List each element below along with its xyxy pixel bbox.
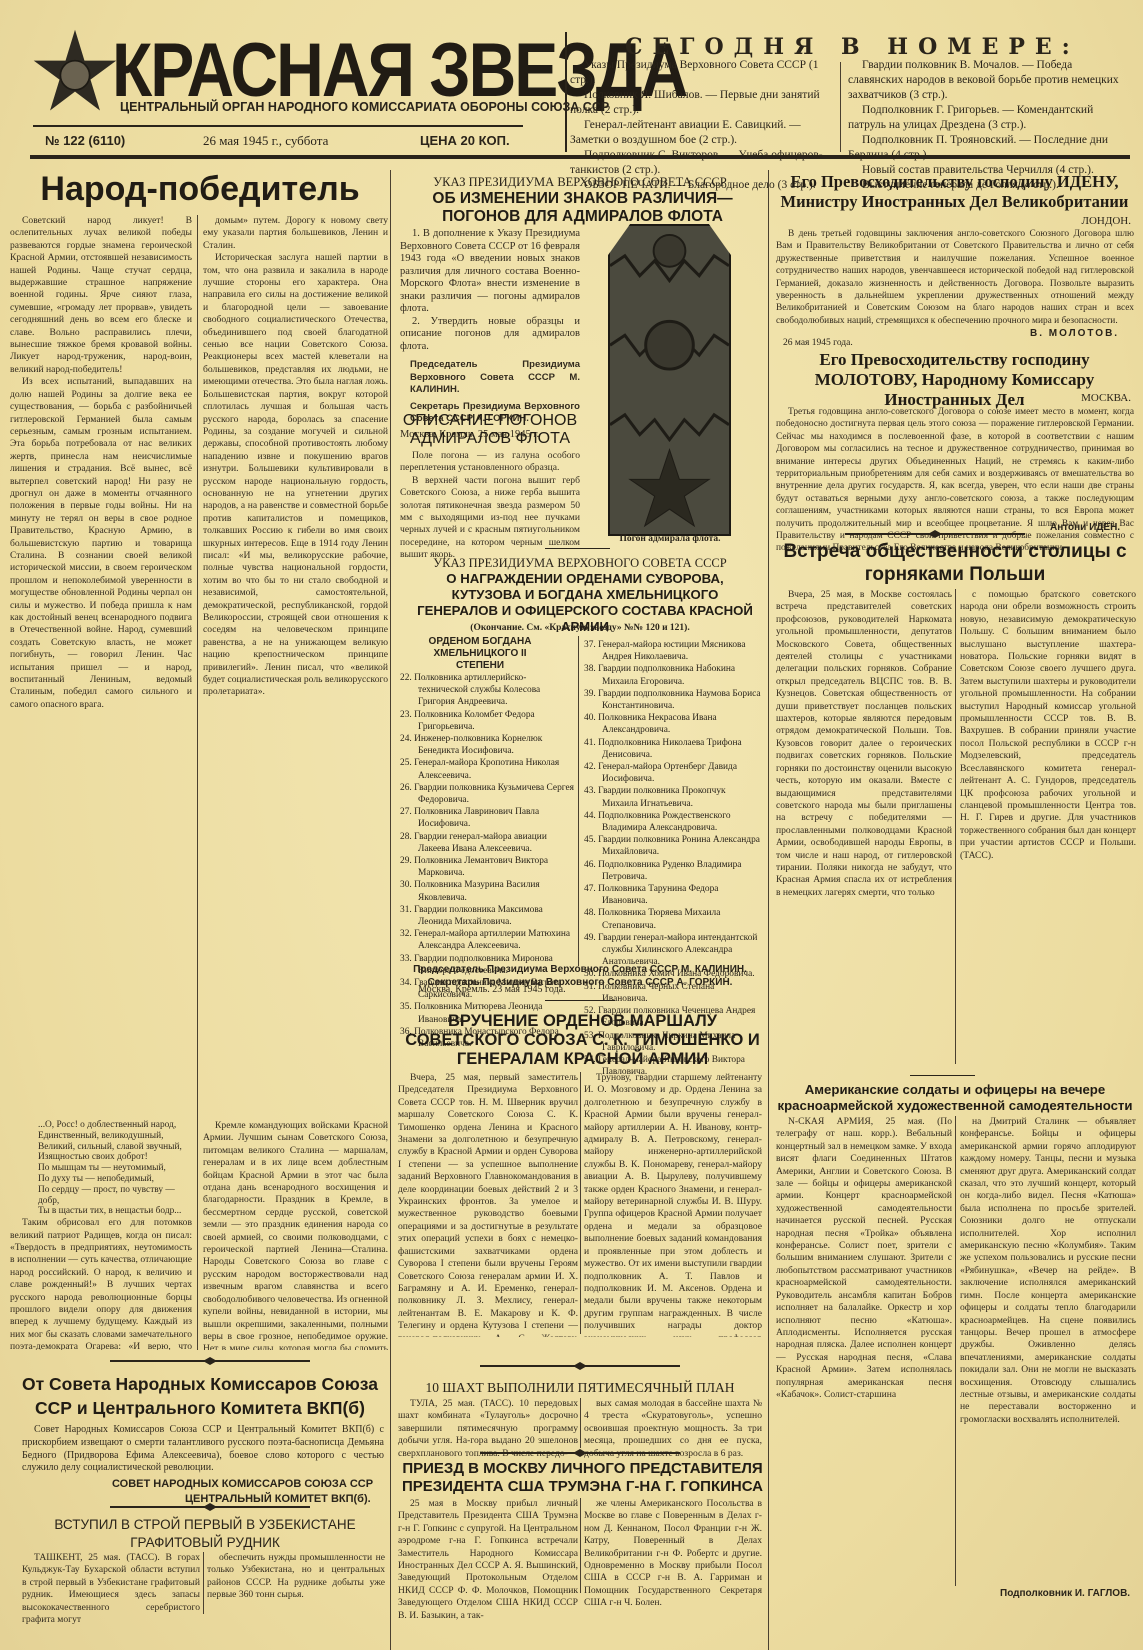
ukaz-pogony-kicker: УКАЗ ПРЕЗИДИУМА ВЕРХОВНОГО СОВЕТА СССР [395, 175, 765, 190]
masthead-subtitle: ЦЕНТРАЛЬНЫЙ ОРГАН НАРОДНОГО КОМИССАРИАТА… [120, 100, 609, 114]
red-star-emblem-icon [32, 28, 118, 114]
graphite-col-2: обеспечить нужды промышленности не тольк… [207, 1552, 385, 1602]
list-item: 29. Полковника Лемантович Виктора Марков… [398, 855, 574, 879]
editorial-title: Народ-победитель [10, 170, 390, 209]
molotov-signature: В. МОЛОТОВ. [1030, 328, 1119, 339]
toc-item[interactable]: Генерал-лейтенант авиации Е. Савицкий. —… [570, 118, 835, 148]
eden-telegram-date: 26 мая 1945 года. [783, 338, 853, 348]
toc-item[interactable]: Подполковник Г. Григорьев. — Комендантск… [848, 103, 1128, 133]
list-item: 41. Подполковника Николаева Трифона Дени… [582, 737, 762, 761]
editorial-col-2: домым» путем. Дорогу к новому свету ему … [203, 215, 388, 1120]
list-item: 44. Подполковника Рождественского Владим… [582, 810, 762, 834]
poland-title: Встреча общественности столицы с горняка… [780, 540, 1130, 586]
image-caption: Погон адмирала флота. [600, 534, 740, 544]
molotov-place: МОСКВА. [1081, 392, 1131, 404]
list-item: 28. Гвардии генерал-майора авиации Лакее… [398, 831, 574, 855]
timoshenko-col-2: Трунову, гвардии старшему лейтенанту И. … [584, 1072, 762, 1337]
section-divider [480, 1365, 680, 1367]
list-item: 22. Полковника артиллерийско-технической… [398, 672, 574, 709]
today-heading: СЕГОДНЯ В НОМЕРЕ: [625, 34, 1080, 60]
section-divider [845, 533, 1025, 535]
toc-item[interactable]: Гвардии полковник В. Мочалов. — Победа с… [848, 58, 1128, 103]
poland-col-2: с помощью братского советского народа он… [960, 589, 1136, 1047]
eden-telegram-body: В день третьей годовщины заключения англ… [776, 228, 1134, 327]
eden-signature: Антони ИДЕН. [1050, 522, 1120, 533]
ukaz-pogony-body: 1. В дополнение к Указу Президиума Верхо… [400, 228, 580, 441]
list-item: 42. Генерал-майора Ортенберг Давида Иоси… [582, 761, 762, 785]
list-item: 24. Инженер-полковника Корнелюк Бенедикт… [398, 733, 574, 757]
list-item: 49. Гвардии генерал-майора интендантской… [582, 932, 762, 969]
order-heading: ОРДЕНОМ БОГДАНА ХМЕЛЬНИЦКОГО II СТЕПЕНИ [415, 636, 545, 672]
mines-col-2: вых самая молодая в бассейне шахта № 4 т… [584, 1398, 762, 1460]
issue-number: № 122 (6110) [45, 133, 125, 148]
list-item: 39. Гвардии подполковника Наумова Бориса… [582, 688, 762, 712]
ukaz-orders-note: (Окончание. См. «Красную звезду» №№ 120 … [395, 623, 765, 633]
americans-col-1: N-СКАЯ АРМИЯ, 25 мая. (По телеграфу от н… [776, 1116, 952, 1586]
price: ЦЕНА 20 КОП. [420, 133, 510, 148]
newspaper-page: КРАСНАЯ ЗВЕЗДА ЦЕНТРАЛЬНЫЙ ОРГАН НАРОДНО… [0, 0, 1143, 1650]
mines-title: 10 ШАХТ ВЫПОЛНИЛИ ПЯТИМЕСЯЧНЫЙ ПЛАН [395, 1380, 765, 1396]
section-divider [110, 1360, 310, 1362]
admiral-shoulder-board-image [608, 224, 731, 536]
list-item: 31. Гвардии полковника Максимова Леонида… [398, 904, 574, 928]
list-item: 40. Полковника Некрасова Ивана Александр… [582, 712, 762, 736]
list-item: 32. Генерал-майора артиллерии Матюхина А… [398, 928, 574, 952]
ukaz-pogony-title: ОБ ИЗМЕНЕНИИ ЗНАКОВ РАЗЛИЧИЯ—ПОГОНОВ ДЛЯ… [405, 190, 760, 226]
hopkins-col-2: же члены Американского Посольства в Моск… [584, 1498, 762, 1610]
list-item: 23. Полковника Коломбет Федора Григорьев… [398, 709, 574, 733]
americans-col-2: на Дмитрий Сталинк — объявляет конферанс… [960, 1116, 1136, 1584]
radishchev-poem: ...О, Росс! о доблественный народ,Единст… [10, 1120, 192, 1217]
list-item: 48. Полковника Тюряева Михаила Степанови… [582, 907, 762, 931]
mines-col-1: ТУЛА, 25 мая. (ТАСС). 10 передовых шахт … [398, 1398, 578, 1460]
toc-item[interactable]: Полковник Я. Шибалов. — Первые дни занят… [570, 88, 835, 118]
list-item: 43. Гвардии полковника Прокопчук Михаила… [582, 785, 762, 809]
bedny-body: Совет Народных Комиссаров Союза ССР и Це… [22, 1424, 384, 1475]
toc-item[interactable]: Подполковник П. Трояновский. — Последние… [848, 133, 1128, 163]
list-item: 38. Гвардии подполковника Набокина Михаи… [582, 663, 762, 687]
eden-place: ЛОНДОН. [1082, 215, 1132, 227]
list-item: 27. Полковника Лавринович Павла Иосифови… [398, 806, 574, 830]
list-item: 45. Гвардии полковника Ронина Александра… [582, 834, 762, 858]
issue-date: 26 мая 1945 г., суббота [203, 133, 328, 149]
graphite-title: ВСТУПИЛ В СТРОЙ ПЕРВЫЙ В УЗБЕКИСТАНЕ ГРА… [40, 1516, 370, 1552]
orders-place: Москва, Кремль. 23 мая 1945 года. [418, 984, 566, 995]
bedny-sig-1: СОВЕТ НАРОДНЫХ КОМИССАРОВ СОЮЗА ССР [112, 1478, 373, 1490]
orders-sig-1: Председатель Президиума Верховного Совет… [395, 964, 765, 975]
bedny-title: От Совета Народных Комиссаров Союза ССР … [10, 1372, 390, 1420]
bedny-sig-2: ЦЕНТРАЛЬНЫЙ КОМИТЕТ ВКП(б). [185, 1493, 371, 1505]
hopkins-title: ПРИЕЗД В МОСКВУ ЛИЧНОГО ПРЕДСТАВИТЕЛЯ ПР… [400, 1460, 765, 1496]
list-item: 26. Гвардии полковника Кузьмичева Сергея… [398, 782, 574, 806]
section-divider [110, 1506, 310, 1508]
list-item: 47. Полковника Тарунина Федора Ивановича… [582, 883, 762, 907]
hopkins-col-1: 25 мая в Москву прибыл личный Представит… [398, 1498, 578, 1622]
graphite-col-1: ТАШКЕНТ, 25 мая. (ТАСС). В горах Кульджу… [22, 1552, 200, 1626]
editorial-col-2-end: Кремле командующих войсками Красной Арми… [203, 1120, 388, 1350]
americans-title: Американские солдаты и офицеры на вечере… [772, 1082, 1138, 1114]
list-item: 25. Генерал-майора Кропотина Николая Але… [398, 757, 574, 781]
ukaz-orders-kicker: УКАЗ ПРЕЗИДИУМА ВЕРХОВНОГО СОВЕТА СССР [395, 556, 765, 571]
editorial-col-1: Советский народ ликует! В ослепительных … [10, 215, 192, 1120]
timoshenko-title: ВРУЧЕНИЕ ОРДЕНОВ МАРШАЛУ СОВЕТСКОГО СОЮЗ… [405, 1012, 760, 1069]
timoshenko-col-1: Вчера, 25 мая, первый заместитель Предсе… [398, 1072, 578, 1337]
editorial-col-1-end: ...О, Росс! о доблественный народ,Единст… [10, 1120, 192, 1350]
eden-telegram-title: Его Превосходительству господину ИДЕНУ, … [772, 172, 1137, 212]
gaglov-signature: Подполковник И. ГАГЛОВ. [1000, 1588, 1130, 1599]
toc-item[interactable]: Указы Президиума Верховного Совета СССР … [570, 58, 835, 88]
pogony-desc-body: Поле погона — из галуна особого переплет… [400, 450, 580, 562]
list-item: 46. Подполковника Руденко Владимира Петр… [582, 859, 762, 883]
pogony-desc-title: ОПИСАНИЕ ПОГОНОВ АДМИРАЛОВ ФЛОТА [400, 412, 580, 448]
list-item: 37. Генерал-майора юстиции Мясникова Анд… [582, 639, 762, 663]
section-divider [480, 1452, 680, 1454]
list-item: 30. Полковника Мазурина Василия Яковлеви… [398, 879, 574, 903]
poland-col-1: Вчера, 25 мая, в Москве состоялась встре… [776, 589, 952, 1047]
